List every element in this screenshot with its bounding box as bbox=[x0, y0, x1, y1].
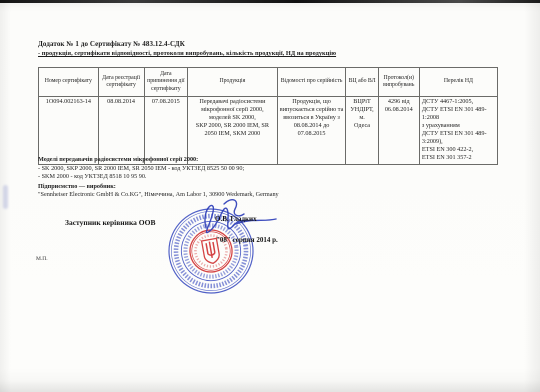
certificate-table: Номер сертифікату Дата реєстрації сертиф… bbox=[38, 67, 498, 165]
document-title: Додаток № 1 до Сертифікату № 483.12.4-СД… bbox=[38, 40, 478, 48]
col-header-test-center: ВЦ або ВЛ bbox=[346, 68, 378, 97]
col-header-expiry-date: Дата припинення дії сертифікату bbox=[144, 68, 188, 97]
signatory-role: Заступник керівника ООВ bbox=[65, 218, 155, 227]
reg-date-cell: 08.08.2014 bbox=[98, 97, 144, 165]
product-cell: Передавачі радіосистеми мікрофонної сері… bbox=[188, 97, 278, 165]
document-subtitle: - продукція, сертифікати відповідності, … bbox=[38, 50, 478, 57]
scan-smudge-artifact bbox=[3, 185, 8, 209]
table-header-row: Номер сертифікату Дата реєстрації сертиф… bbox=[39, 68, 498, 97]
cert-number-cell: 1О094.002163-14 bbox=[39, 97, 99, 165]
document-page: Додаток № 1 до Сертифікату № 483.12.4-СД… bbox=[0, 0, 540, 392]
test-center-cell: ВЦРіТ УНДІРТ, м. Одеса bbox=[346, 97, 378, 165]
expiry-date-cell: 07.08.2015 bbox=[144, 97, 188, 165]
signatory-name: О.В. Гладких bbox=[215, 215, 257, 223]
seal-placeholder-label: М.П. bbox=[36, 256, 48, 262]
col-header-serial-info: Відомості про серійність bbox=[277, 68, 346, 97]
scan-edge-artifact bbox=[0, 0, 540, 3]
table-row: 1О094.002163-14 08.08.2014 07.08.2015 Пе… bbox=[39, 97, 498, 165]
model-line-2: - SKM 2000 - код УКТЗЕД 8518 10 95 90. bbox=[38, 173, 458, 181]
test-protocol-cell: 4296 від 06.08.2014 bbox=[378, 97, 419, 165]
col-header-product: Продукція bbox=[188, 68, 278, 97]
col-header-reg-date: Дата реєстрації сертифікату bbox=[98, 68, 144, 97]
models-heading: Моделі передавачів радіосистеми мікрофон… bbox=[38, 156, 458, 164]
standards-cell: ДСТУ 4467-1:2005, ДСТУ ETSI EN 301 489-1… bbox=[419, 97, 497, 165]
col-header-test-protocol: Протокол(и) випробувань bbox=[378, 68, 419, 97]
col-header-standards: Перелік НД bbox=[419, 68, 497, 97]
models-block: Моделі передавачів радіосистеми мікрофон… bbox=[38, 156, 458, 181]
manufacturer-heading: Підприємство — виробник: bbox=[38, 183, 458, 191]
serial-info-cell: Продукція, що випускається серійно та вв… bbox=[277, 97, 346, 165]
model-line-1: - SK 2000, SKP 2000, SR 2000 IEM, SR 205… bbox=[38, 165, 458, 173]
signature-date: "08" серпня 2014 р. bbox=[216, 236, 278, 244]
col-header-cert-number: Номер сертифікату bbox=[39, 68, 99, 97]
document-header: Додаток № 1 до Сертифікату № 483.12.4-СД… bbox=[38, 40, 478, 57]
